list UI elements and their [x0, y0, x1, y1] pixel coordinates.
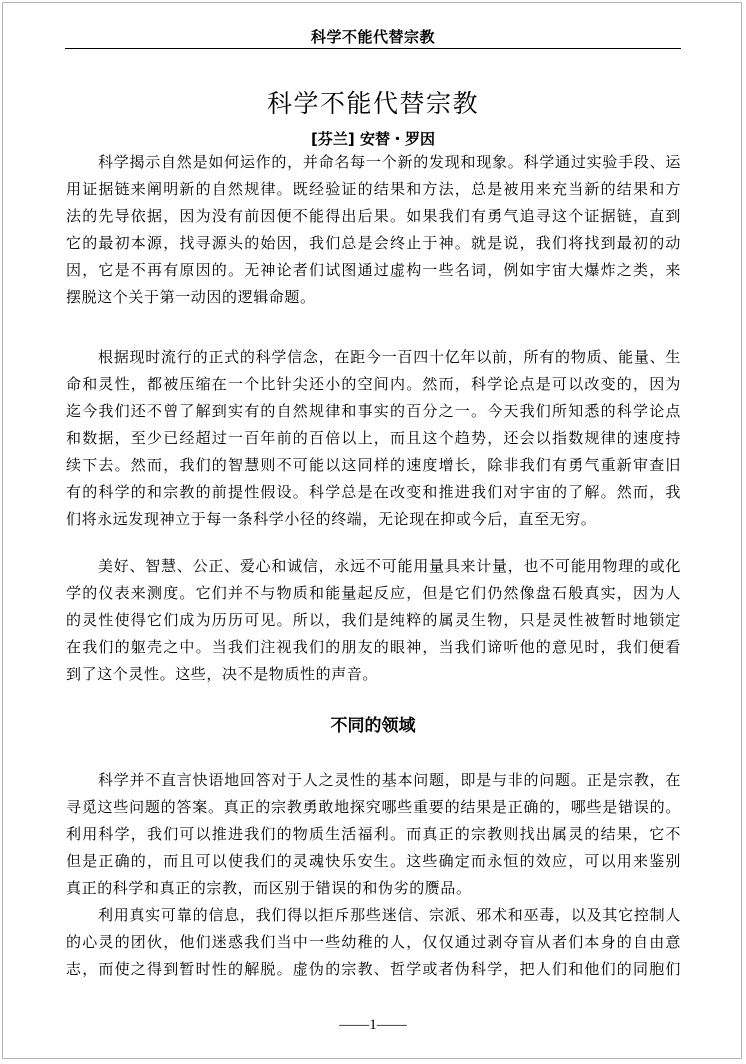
paragraph-3-line-5: 到了这个灵性。这些，决不是物质性的声音。: [66, 661, 681, 688]
section-paragraph-2-line-1: 利用真实可靠的信息，我们得以拒斥那些迷信、宗派、邪术和巫毒，以及其它控制人: [66, 902, 681, 929]
paragraph-1-line-1: 科学揭示自然是如何运作的，并命名每一个新的发现和现象。科学通过实验手段、运: [66, 149, 681, 176]
paragraph-3-line-1: 美好、智慧、公正、爱心和诚信，永远不可能用量具来计量，也不可能用物理的或化: [66, 553, 681, 580]
section-paragraph-2-line-2: 的心灵的团伙，他们迷惑我们当中一些幼稚的人，仅仅通过剥夺盲从者们本身的自由意: [66, 929, 681, 956]
header-rule: [65, 48, 681, 49]
section-paragraph-1-line-3: 利用科学，我们可以推进我们的物质生活福利。而真正的宗教则找出属灵的结果，它不: [66, 821, 681, 848]
paragraph-3-line-3: 的灵性使得它们成为历历可见。所以，我们是纯粹的属灵生物，只是灵性被暂时地锁定: [66, 607, 681, 634]
section-paragraph-2-line-3: 志，而使之得到暂时性的解脱。虚伪的宗教、哲学或者伪科学，把人们和他们的同胞们: [66, 956, 681, 983]
document-title: 科学不能代替宗教: [0, 86, 746, 122]
paragraph-2-line-5: 续下去。然而，我们的智慧则不可能以这同样的速度增长，除非我们有勇气重新审查旧: [66, 452, 681, 479]
page-number: ——1——: [0, 1015, 746, 1035]
section-paragraph-1-line-2: 寻觅这些问题的答案。真正的宗教勇敢地探究哪些重要的结果是正确的，哪些是错误的。: [66, 794, 681, 821]
paragraph-1-line-5: 因，它是不再有原因的。无神论者们试图通过虚构一些名词，例如宇宙大爆炸之类，来: [66, 257, 681, 284]
section-paragraph-1-line-4: 但是正确的，而且可以使我们的灵魂快乐安生。这些确定而永恒的效应，可以用来鉴别: [66, 848, 681, 875]
paragraph-1-line-3: 法的先导依据，因为没有前因便不能得出后果。如果我们有勇气追寻这个证据链，直到: [66, 203, 681, 230]
paragraph-1-line-4: 它的最初本源，找寻源头的始因，我们总是会终止于神。就是说，我们将找到最初的动: [66, 230, 681, 257]
paragraph-1-line-2: 用证据链来阐明新的自然规律。既经验证的结果和方法，总是被用来充当新的结果和方: [66, 176, 681, 203]
paragraph-2-line-2: 命和灵性，都被压缩在一个比针尖还小的空间内。然而，科学论点是可以改变的，因为: [66, 371, 681, 398]
paragraph-2-line-4: 和数据，至少已经超过一百年前的百倍以上，而且这个趋势，还会以指数规律的速度持: [66, 425, 681, 452]
paragraph-2-line-6: 有的科学的和宗教的前提性假设。科学总是在改变和推进我们对宇宙的了解。然而，我: [66, 479, 681, 506]
running-header: 科学不能代替宗教: [0, 27, 746, 47]
paragraph-2-line-1: 根据现时流行的正式的科学信念，在距今一百四十亿年以前，所有的物质、能量、生: [66, 344, 681, 371]
document-author: [芬兰] 安替・罗因: [0, 128, 746, 150]
paragraph-2-line-3: 迄今我们还不曾了解到实有的自然规律和事实的百分之一。今天我们所知悉的科学论点: [66, 398, 681, 425]
section-paragraph-1-line-1: 科学并不直言快语地回答对于人之灵性的基本问题，即是与非的问题。正是宗教，在: [66, 767, 681, 794]
section-paragraph-1-line-5: 真正的科学和真正的宗教，而区别于错误的和伪劣的赝品。: [66, 875, 681, 902]
paragraph-3-line-4: 在我们的躯壳之中。当我们注视我们的朋友的眼神，当我们谛听他的意见时，我们便看: [66, 634, 681, 661]
section-heading: 不同的领域: [0, 714, 746, 738]
paragraph-3-line-2: 学的仪表来测度。它们并不与物质和能量起反应，但是它们仍然像盘石般真实，因为人: [66, 580, 681, 607]
paragraph-1-line-6: 摆脱这个关于第一动因的逻辑命题。: [66, 284, 681, 311]
paragraph-2-line-7: 们将永远发现神立于每一条科学小径的终端，无论现在抑或今后，直至无穷。: [66, 506, 681, 533]
